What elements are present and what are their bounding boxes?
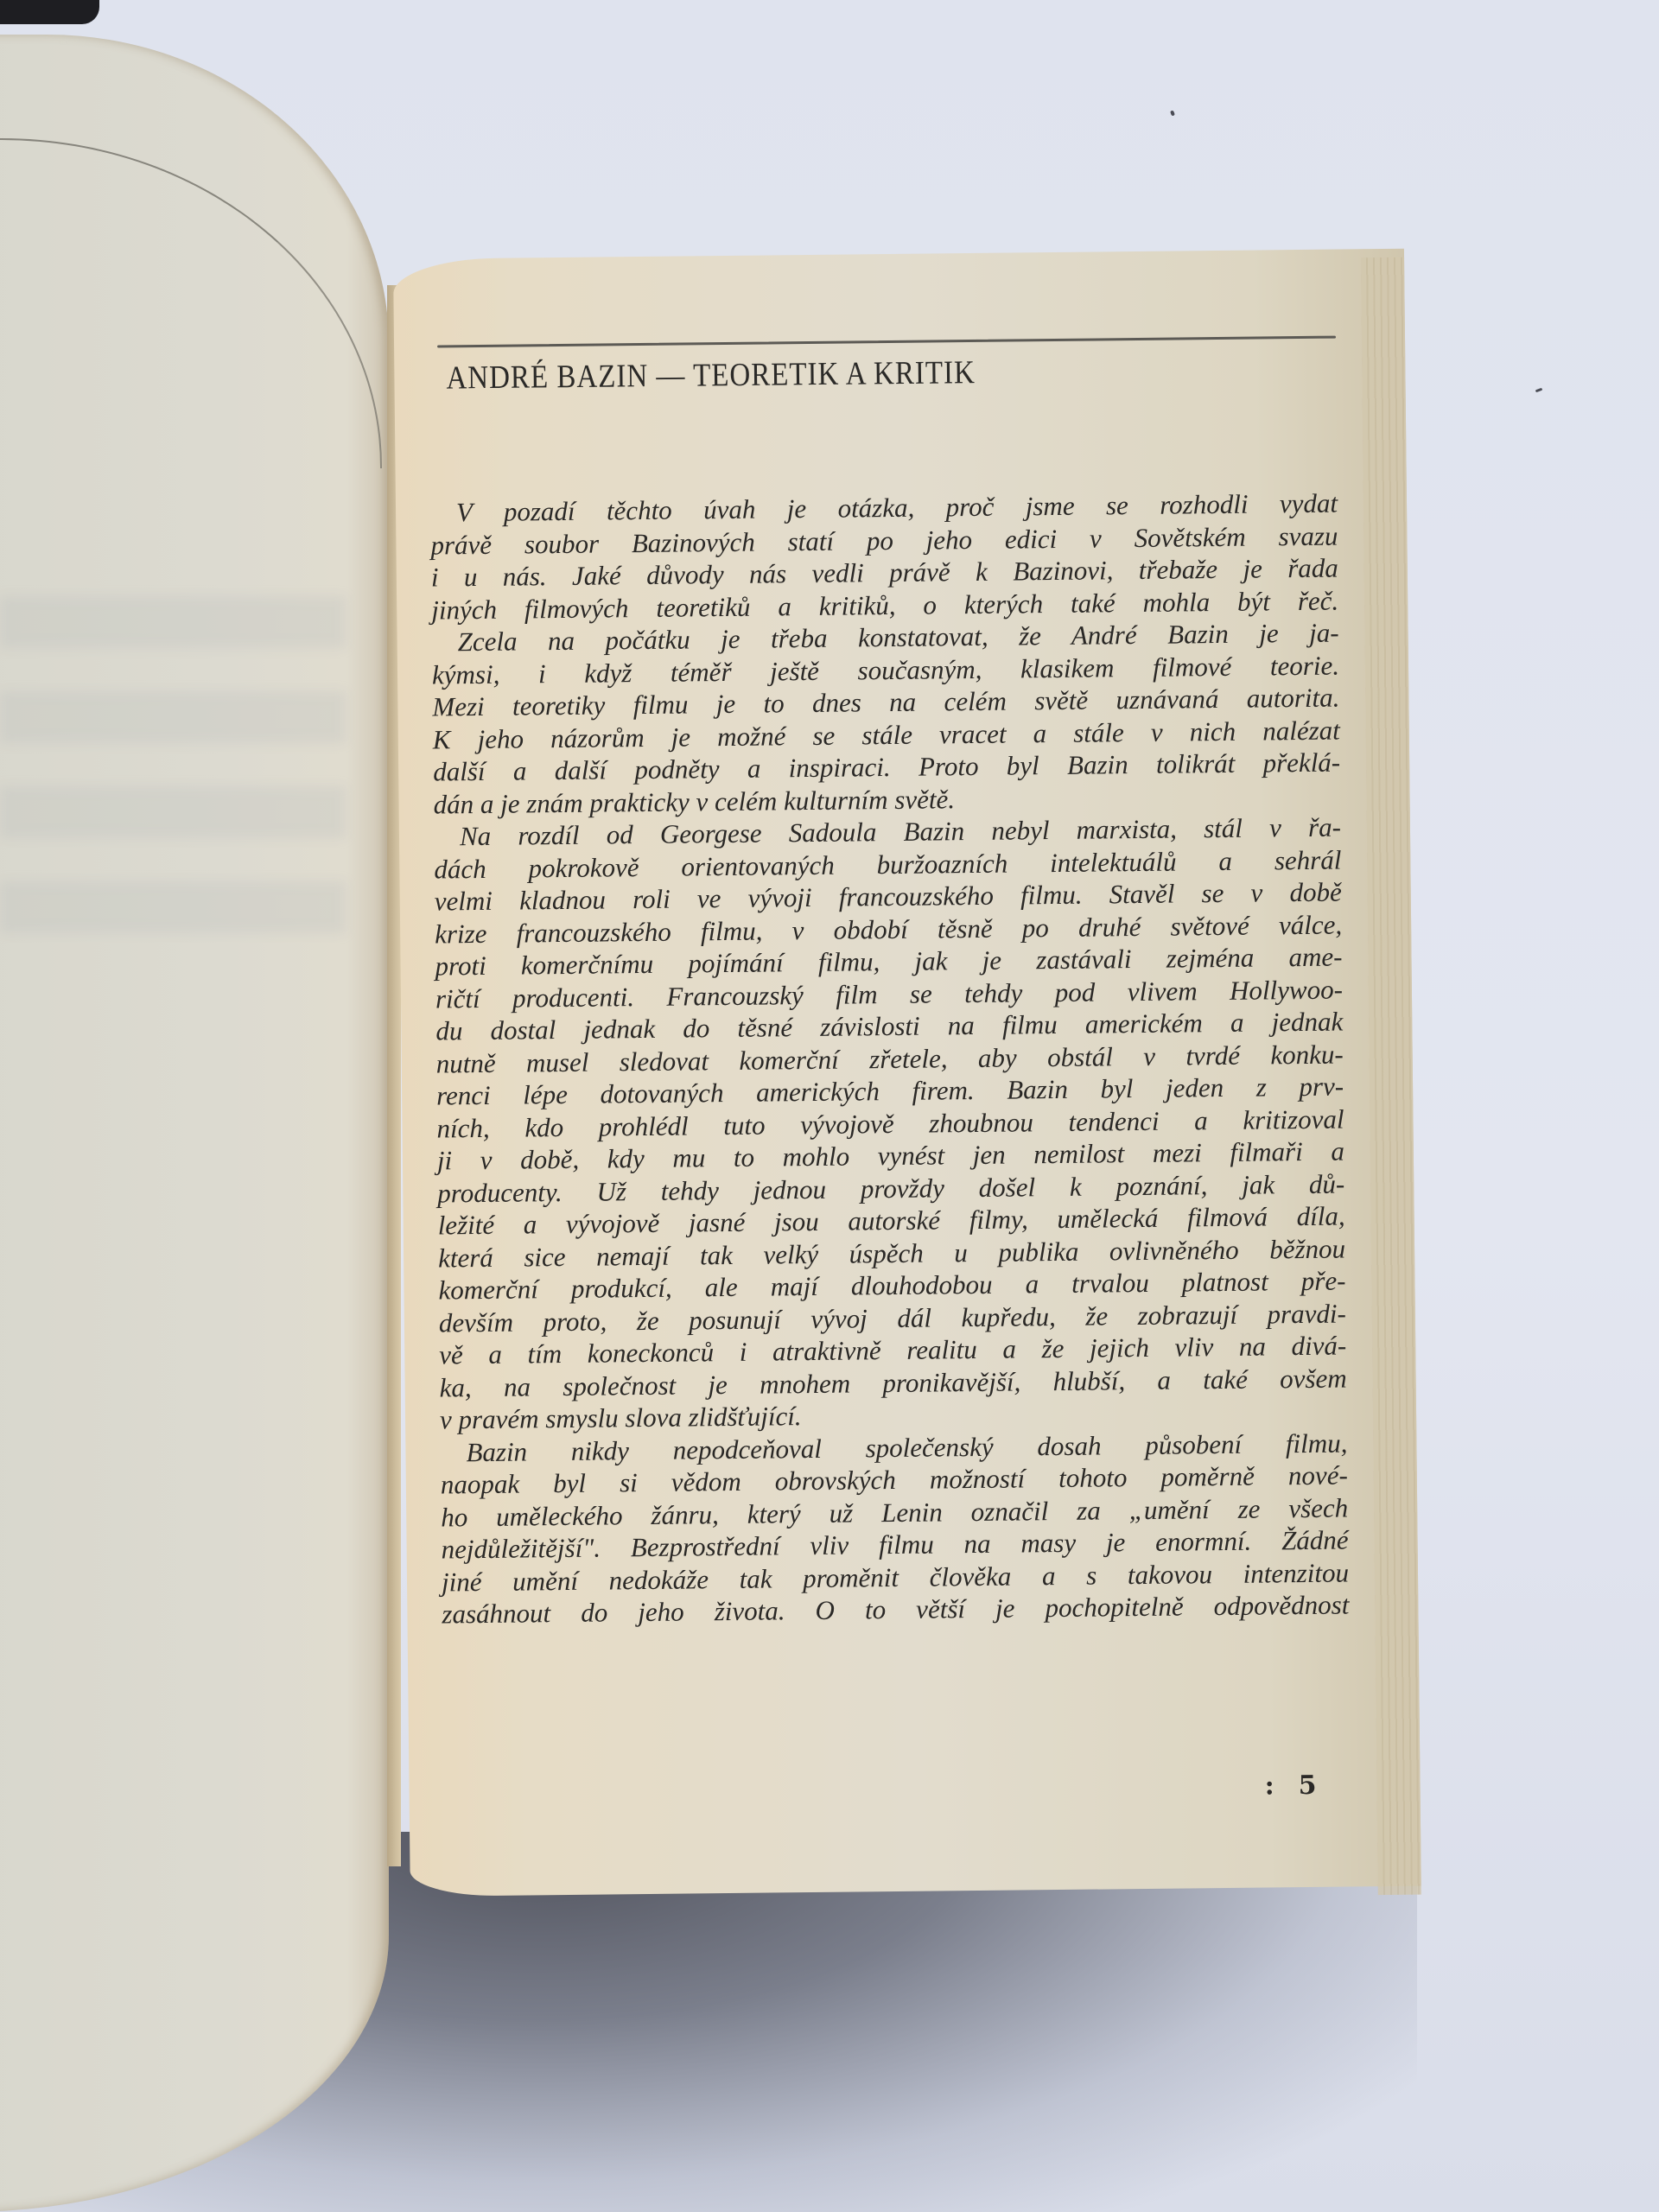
running-head-rule: [437, 336, 1336, 348]
paragraph-1: V pozadí těchto úvah je otázka, proč jsm…: [430, 487, 1339, 626]
dark-object-corner: [0, 0, 99, 24]
page-number-separator: :: [1264, 1770, 1274, 1801]
left-page-blank: [0, 35, 389, 2212]
dust-speck: [1535, 388, 1543, 393]
running-head: ANDRÉ BAZIN — TEORETIK A KRITIK: [420, 336, 1310, 346]
left-page-header-rule: [0, 138, 382, 468]
dust-speck: [1170, 110, 1175, 116]
body-text: V pozadí těchto úvah je otázka, proč jsm…: [430, 487, 1350, 1630]
page-number-value: 5: [1298, 1770, 1316, 1801]
left-page-show-through: [0, 596, 346, 942]
page-number: :5: [1264, 1770, 1316, 1802]
page-edges: [1361, 257, 1421, 1895]
right-page: ANDRÉ BAZIN — TEORETIK A KRITIK V pozadí…: [393, 249, 1421, 1897]
paragraph-2: Zcela na počátku je třeba konstatovat, ž…: [431, 617, 1340, 821]
running-head-title: ANDRÉ BAZIN — TEORETIK A KRITIK: [446, 355, 976, 397]
paragraph-3: Na rozdíl od Georgese Sadoula Bazin neby…: [434, 811, 1347, 1436]
paragraph-4: Bazin nikdy nepodceňoval společenský dos…: [440, 1427, 1349, 1630]
